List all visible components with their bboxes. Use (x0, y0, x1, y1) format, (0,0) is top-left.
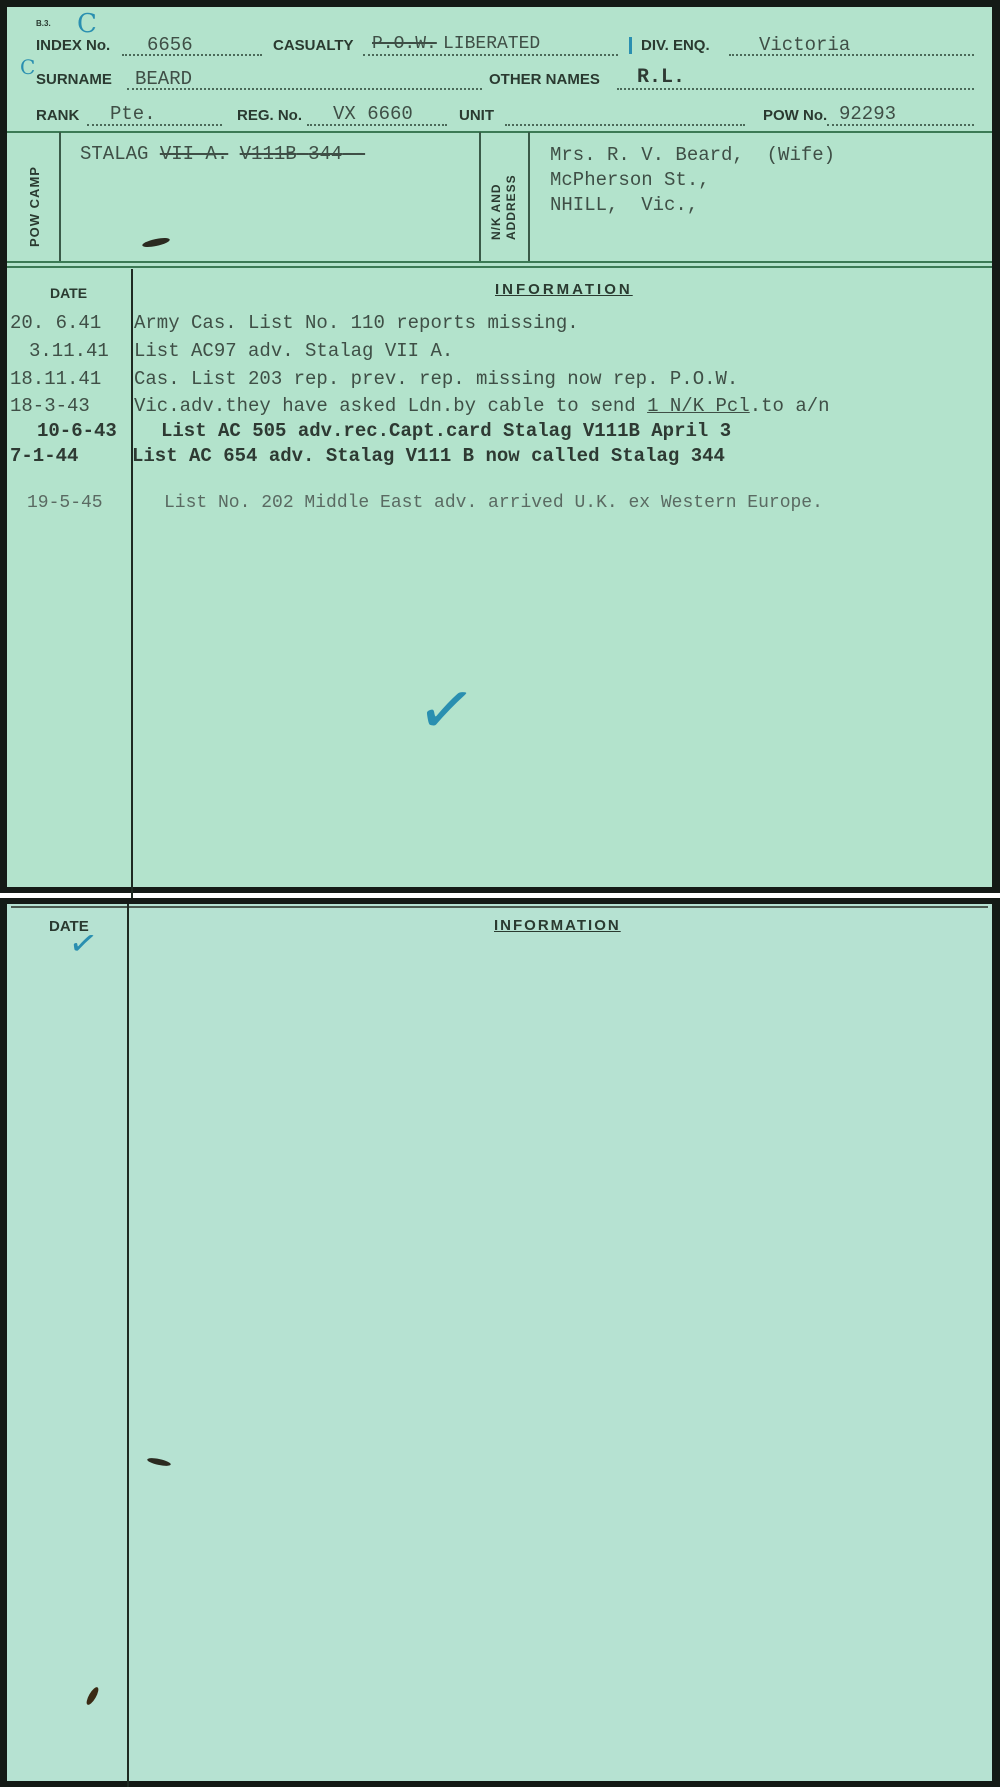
back-blemish-1 (147, 1457, 172, 1468)
card-blemish (142, 236, 171, 249)
pow-camp-value: STALAG VII A. V111B-344-- (80, 143, 365, 165)
entry-info: List AC 654 adv. Stalag V111 B now calle… (132, 445, 725, 467)
card-back: DATE INFORMATION ✓ (0, 898, 1000, 1787)
ink-mark-c: C (77, 9, 97, 39)
reg-no-value: VX 6660 (333, 103, 413, 125)
other-names-value: R.L. (637, 66, 685, 89)
ink-tick (629, 37, 632, 54)
ink-mark-c-left: C (20, 55, 35, 79)
casualty-struck-value: P.O.W. (372, 34, 437, 54)
back-information-header: INFORMATION (494, 917, 621, 934)
nok-name: Mrs. R. V. Beard, (Wife) (550, 143, 835, 168)
casualty-label: CASUALTY (273, 37, 354, 54)
nok-town: NHILL, Vic., (550, 193, 835, 218)
surname-label: SURNAME (36, 71, 112, 88)
unit-label: UNIT (459, 107, 494, 124)
nok-address: Mrs. R. V. Beard, (Wife) McPherson St., … (550, 143, 835, 218)
other-names-label: OTHER NAMES (489, 71, 600, 88)
entry-info: Army Cas. List No. 110 reports missing. (134, 312, 579, 334)
entry-info: Vic.adv.they have asked Ldn.by cable to … (134, 395, 830, 417)
entry-date: 10-6-43 (37, 420, 117, 442)
rank-label: RANK (36, 107, 79, 124)
date-column-divider (131, 269, 133, 899)
entry-date: 7-1-44 (10, 445, 78, 467)
entry-date: 18-3-43 (10, 395, 90, 417)
date-header: DATE (50, 285, 87, 301)
nok-street: McPherson St., (550, 168, 835, 193)
entry-info: Cas. List 203 rep. prev. rep. missing no… (134, 368, 738, 390)
index-no-label: INDEX No. (36, 37, 110, 54)
information-header: INFORMATION (495, 281, 633, 298)
nok-divider-right (528, 132, 530, 262)
check-mark: ✓ (412, 665, 481, 754)
back-date-column-divider (127, 904, 129, 1787)
pow-no-label: POW No. (763, 107, 827, 124)
card-front: B.3. C C INDEX No. 6656 CASUALTY P.O.W. … (0, 0, 1000, 893)
rank-value: Pte. (110, 103, 156, 125)
section-divider-2 (7, 266, 992, 268)
entry-date: 19-5-45 (27, 493, 103, 513)
casualty-value: LIBERATED (443, 34, 540, 54)
pow-no-value: 92293 (839, 103, 896, 125)
pow-camp-label: POW CAMP (27, 166, 42, 247)
reg-no-label: REG. No. (237, 107, 302, 124)
entry-date: 18.11.41 (10, 368, 101, 390)
back-top-edge (11, 906, 988, 908)
surname-value: BEARD (135, 68, 192, 90)
nk-and-label: N/K AND (489, 183, 503, 240)
nok-divider-left (479, 132, 481, 262)
div-enq-label: DIV. ENQ. (641, 37, 710, 54)
entry-info: List AC 505 adv.rec.Capt.card Stalag V11… (161, 420, 731, 442)
pow-camp-divider (59, 132, 61, 262)
form-code: B.3. (36, 19, 51, 28)
back-blemish-2 (84, 1686, 100, 1707)
index-no-value: 6656 (147, 34, 193, 56)
entry-date: 3.11.41 (29, 340, 109, 362)
entry-date: 20. 6.41 (10, 312, 101, 334)
back-check-mark: ✓ (66, 922, 101, 966)
entry-info: List AC97 adv. Stalag VII A. (134, 340, 453, 362)
section-divider-1 (7, 261, 992, 263)
entry-info: List No. 202 Middle East adv. arrived U.… (164, 493, 823, 513)
header-divider (7, 131, 992, 133)
div-enq-value: Victoria (759, 34, 850, 56)
address-label: ADDRESS (504, 174, 518, 240)
